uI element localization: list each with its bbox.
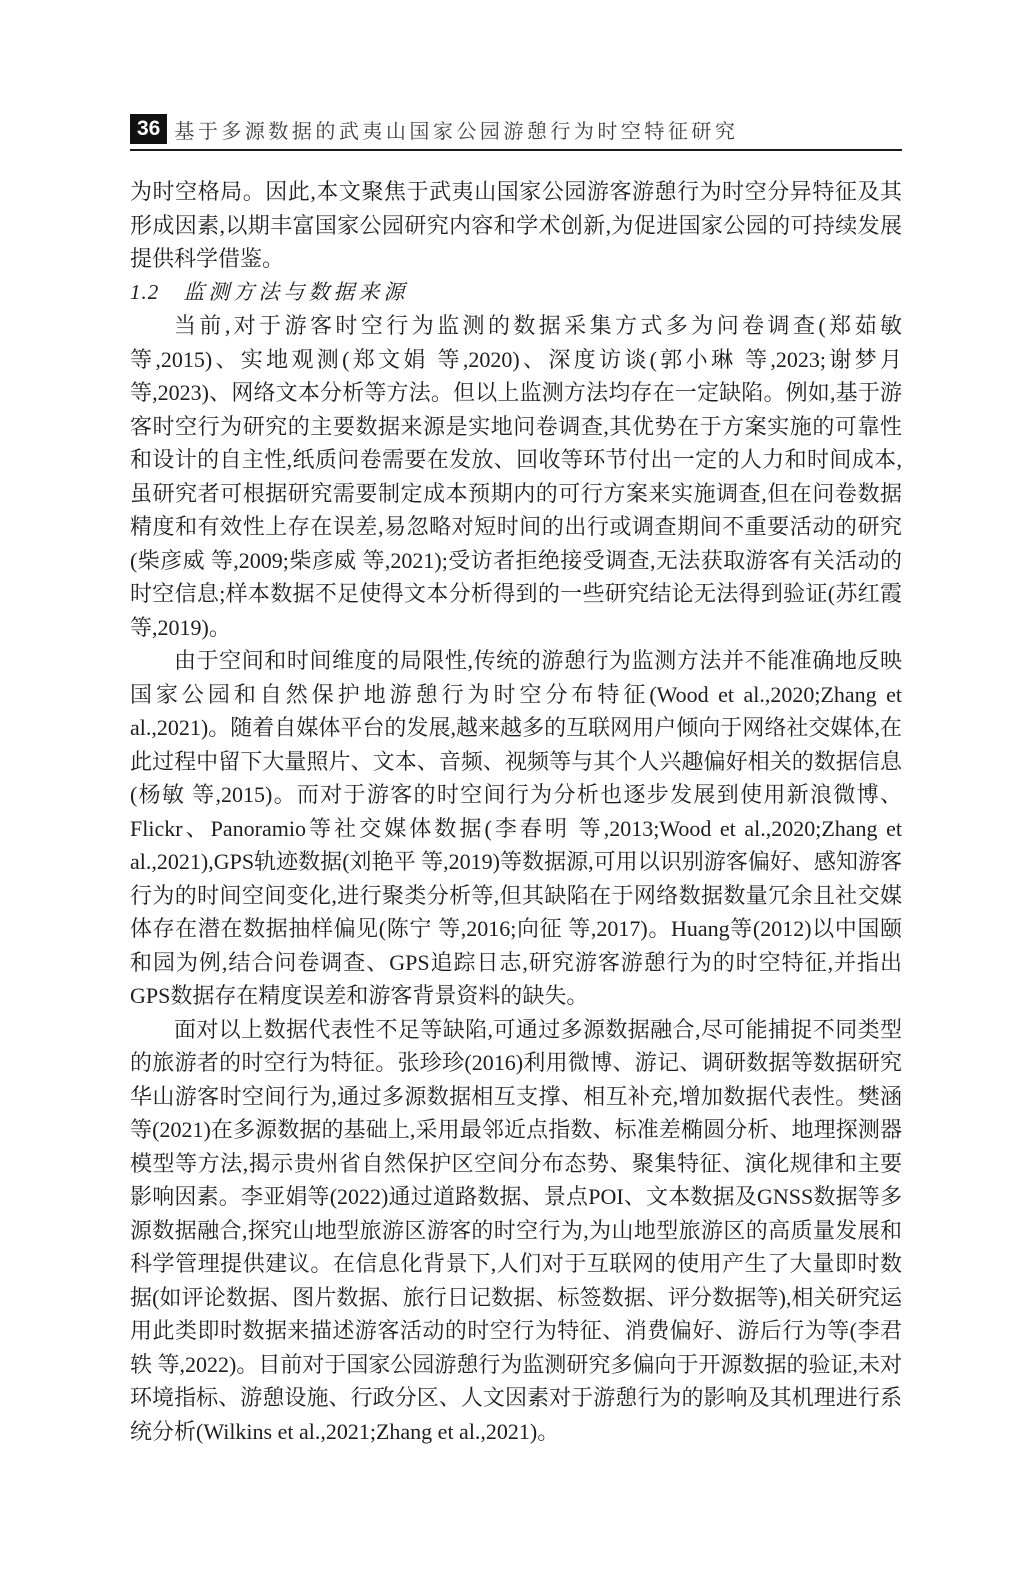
section-number: 1.2 xyxy=(130,280,159,304)
paragraph-survey-methods: 当前,对于游客时空行为监测的数据采集方式多为问卷调查(郑茹敏 等,2015)、实… xyxy=(130,309,902,644)
book-page: 36 基于多源数据的武夷山国家公园游憩行为时空特征研究 为时空格局。因此,本文聚… xyxy=(0,0,1028,1571)
paragraph-intro-continuation: 为时空格局。因此,本文聚焦于武夷山国家公园游客游憩行为时空分异特征及其形成因素,… xyxy=(130,175,902,276)
section-title: 监测方法与数据来源 xyxy=(183,280,408,304)
page-content: 36 基于多源数据的武夷山国家公园游憩行为时空特征研究 为时空格局。因此,本文聚… xyxy=(130,114,902,1448)
running-title: 基于多源数据的武夷山国家公园游憩行为时空特征研究 xyxy=(174,115,738,144)
paragraph-multisource-fusion: 面对以上数据代表性不足等缺陷,可通过多源数据融合,尽可能捕捉不同类型的旅游者的时… xyxy=(130,1013,902,1449)
paragraph-social-media-data: 由于空间和时间维度的局限性,传统的游憩行为监测方法并不能准确地反映国家公园和自然… xyxy=(130,644,902,1013)
header-divider xyxy=(130,149,902,151)
section-heading: 1.2 监测方法与数据来源 xyxy=(130,276,902,310)
page-number-badge: 36 xyxy=(130,114,167,144)
running-header: 36 基于多源数据的武夷山国家公园游憩行为时空特征研究 xyxy=(130,114,902,144)
page-body: 为时空格局。因此,本文聚焦于武夷山国家公园游客游憩行为时空分异特征及其形成因素,… xyxy=(130,175,902,1448)
